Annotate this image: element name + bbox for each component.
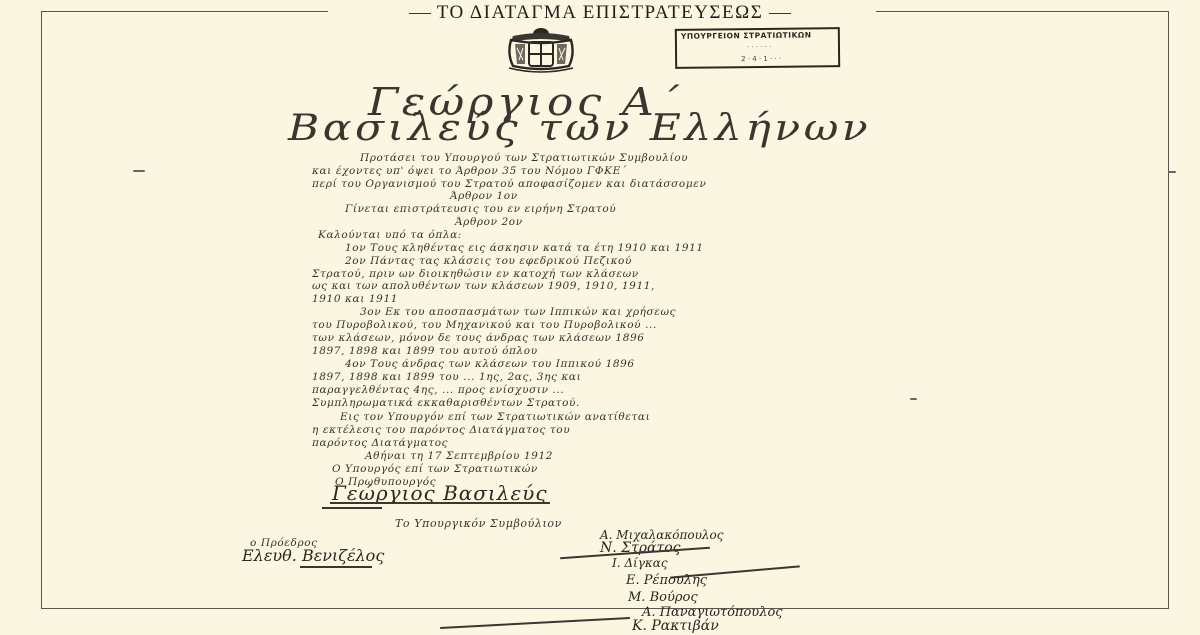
stamp-line-2: · · · · · · <box>747 43 772 51</box>
ministers-heading: Το Υπουργικόν Συμβούλιον <box>395 517 562 530</box>
body-line: του Πυροβολικού, του Μηχανικού και του Π… <box>312 319 657 331</box>
signature-stroke <box>440 617 630 628</box>
body-line: παρόντος Διατάγματος <box>312 437 448 449</box>
body-line: 1897, 1898 και 1899 του ... 1ης, 2ας, 3η… <box>312 371 581 383</box>
heading-king-title: Βασιλεύς των Ελλήνων <box>288 108 871 149</box>
body-line: περί του Οργανισμού του Στρατού αποφασίζ… <box>312 178 706 190</box>
body-line: Στρατού, πριν ων διοικηθώσιν εν κατοχή τ… <box>312 268 639 280</box>
body-line: Γίνεται επιστράτευσις του εν ειρήνη Στρα… <box>345 203 616 215</box>
body-line: Άρθρον 2ον <box>455 216 523 228</box>
body-line: παραγγελθέντας 4ης, ... προς ενίσχυσιν .… <box>312 384 564 396</box>
body-line: ως και των απολυθέντων των κλάσεων 1909,… <box>312 280 655 292</box>
ministry-stamp: ΥΠΟΥΡΓΕΙΟΝ ΣΤΡΑΤΙΩΤΙΚΩΝ · · · · · · 2 · … <box>675 27 840 69</box>
body-line: 2ον Πάντας τας κλάσεις του εφεδρικού Πεζ… <box>345 255 632 267</box>
signature-flourish <box>322 507 382 509</box>
minister-signature: Κ. Ρακτιβάν <box>632 618 719 634</box>
document-title: ΤΟ ΔΙΑΤΑΓΜΑ ΕΠΙΣΤΡΑΤΕΥΣΕΩΣ <box>300 2 900 24</box>
body-line: 4ον Τους άνδρας των κλάσεων του Ιππικού … <box>345 358 635 370</box>
body-line: 1ον Τους κληθέντας εις άσκησιν κατά τα έ… <box>345 242 704 254</box>
body-line: Καλούνται υπό τα όπλα: <box>318 229 462 241</box>
body-line: η εκτέλεσις του παρόντος Διατάγματος του <box>312 424 570 436</box>
body-line: 1910 και 1911 <box>312 293 398 305</box>
body-line: Άρθρον 1ον <box>450 190 518 202</box>
minister-signature: Ε. Ρέπουλης <box>626 573 707 588</box>
scan-speck <box>133 170 145 172</box>
body-line: 1897, 1898 και 1899 του αυτού όπλου <box>312 345 538 357</box>
body-line: 3ον Εκ του αποσπασμάτων των Ιππικών και … <box>360 306 676 318</box>
body-line: Προτάσει του Υπουργού των Στρατιωτικών Σ… <box>360 152 688 164</box>
title-dash-left <box>409 13 431 15</box>
title-text: ΤΟ ΔΙΑΤΑΓΜΑ ΕΠΙΣΤΡΑΤΕΥΣΕΩΣ <box>437 2 764 23</box>
minister-signature: Ι. Δίγκας <box>612 556 668 570</box>
scan-speck <box>1168 171 1176 173</box>
president-signature-underline <box>300 566 372 568</box>
date-line: Αθήναι τη 17 Σεπτεμβρίου 1912 <box>365 450 553 462</box>
minister-title-line: Ο Υπουργός επί των Στρατιωτικών <box>332 463 538 475</box>
scan-speck <box>910 398 917 400</box>
coat-of-arms-icon <box>503 26 579 74</box>
king-signature-underline <box>330 502 550 504</box>
body-line: Εις τον Υπουργόν επί των Στρατιωτικών αν… <box>340 411 650 423</box>
body-line: Συμπληρωματικά εκκαθαρισθέντων Στρατού. <box>312 397 580 409</box>
title-dash-right <box>769 13 791 15</box>
body-line: των κλάσεων, μόνον δε τους άνδρας των κλ… <box>312 332 645 344</box>
minister-signature: Μ. Βούρος <box>628 590 698 605</box>
stamp-line-3: 2 · 4 · 1 · · · <box>741 55 781 63</box>
president-signature: Ελευθ. Βενιζέλος <box>242 546 384 565</box>
stamp-line-1: ΥΠΟΥΡΓΕΙΟΝ ΣΤΡΑΤΙΩΤΙΚΩΝ <box>681 30 812 40</box>
body-line: και έχοντες υπ' όψει το Άρθρον 35 του Νό… <box>312 165 627 177</box>
